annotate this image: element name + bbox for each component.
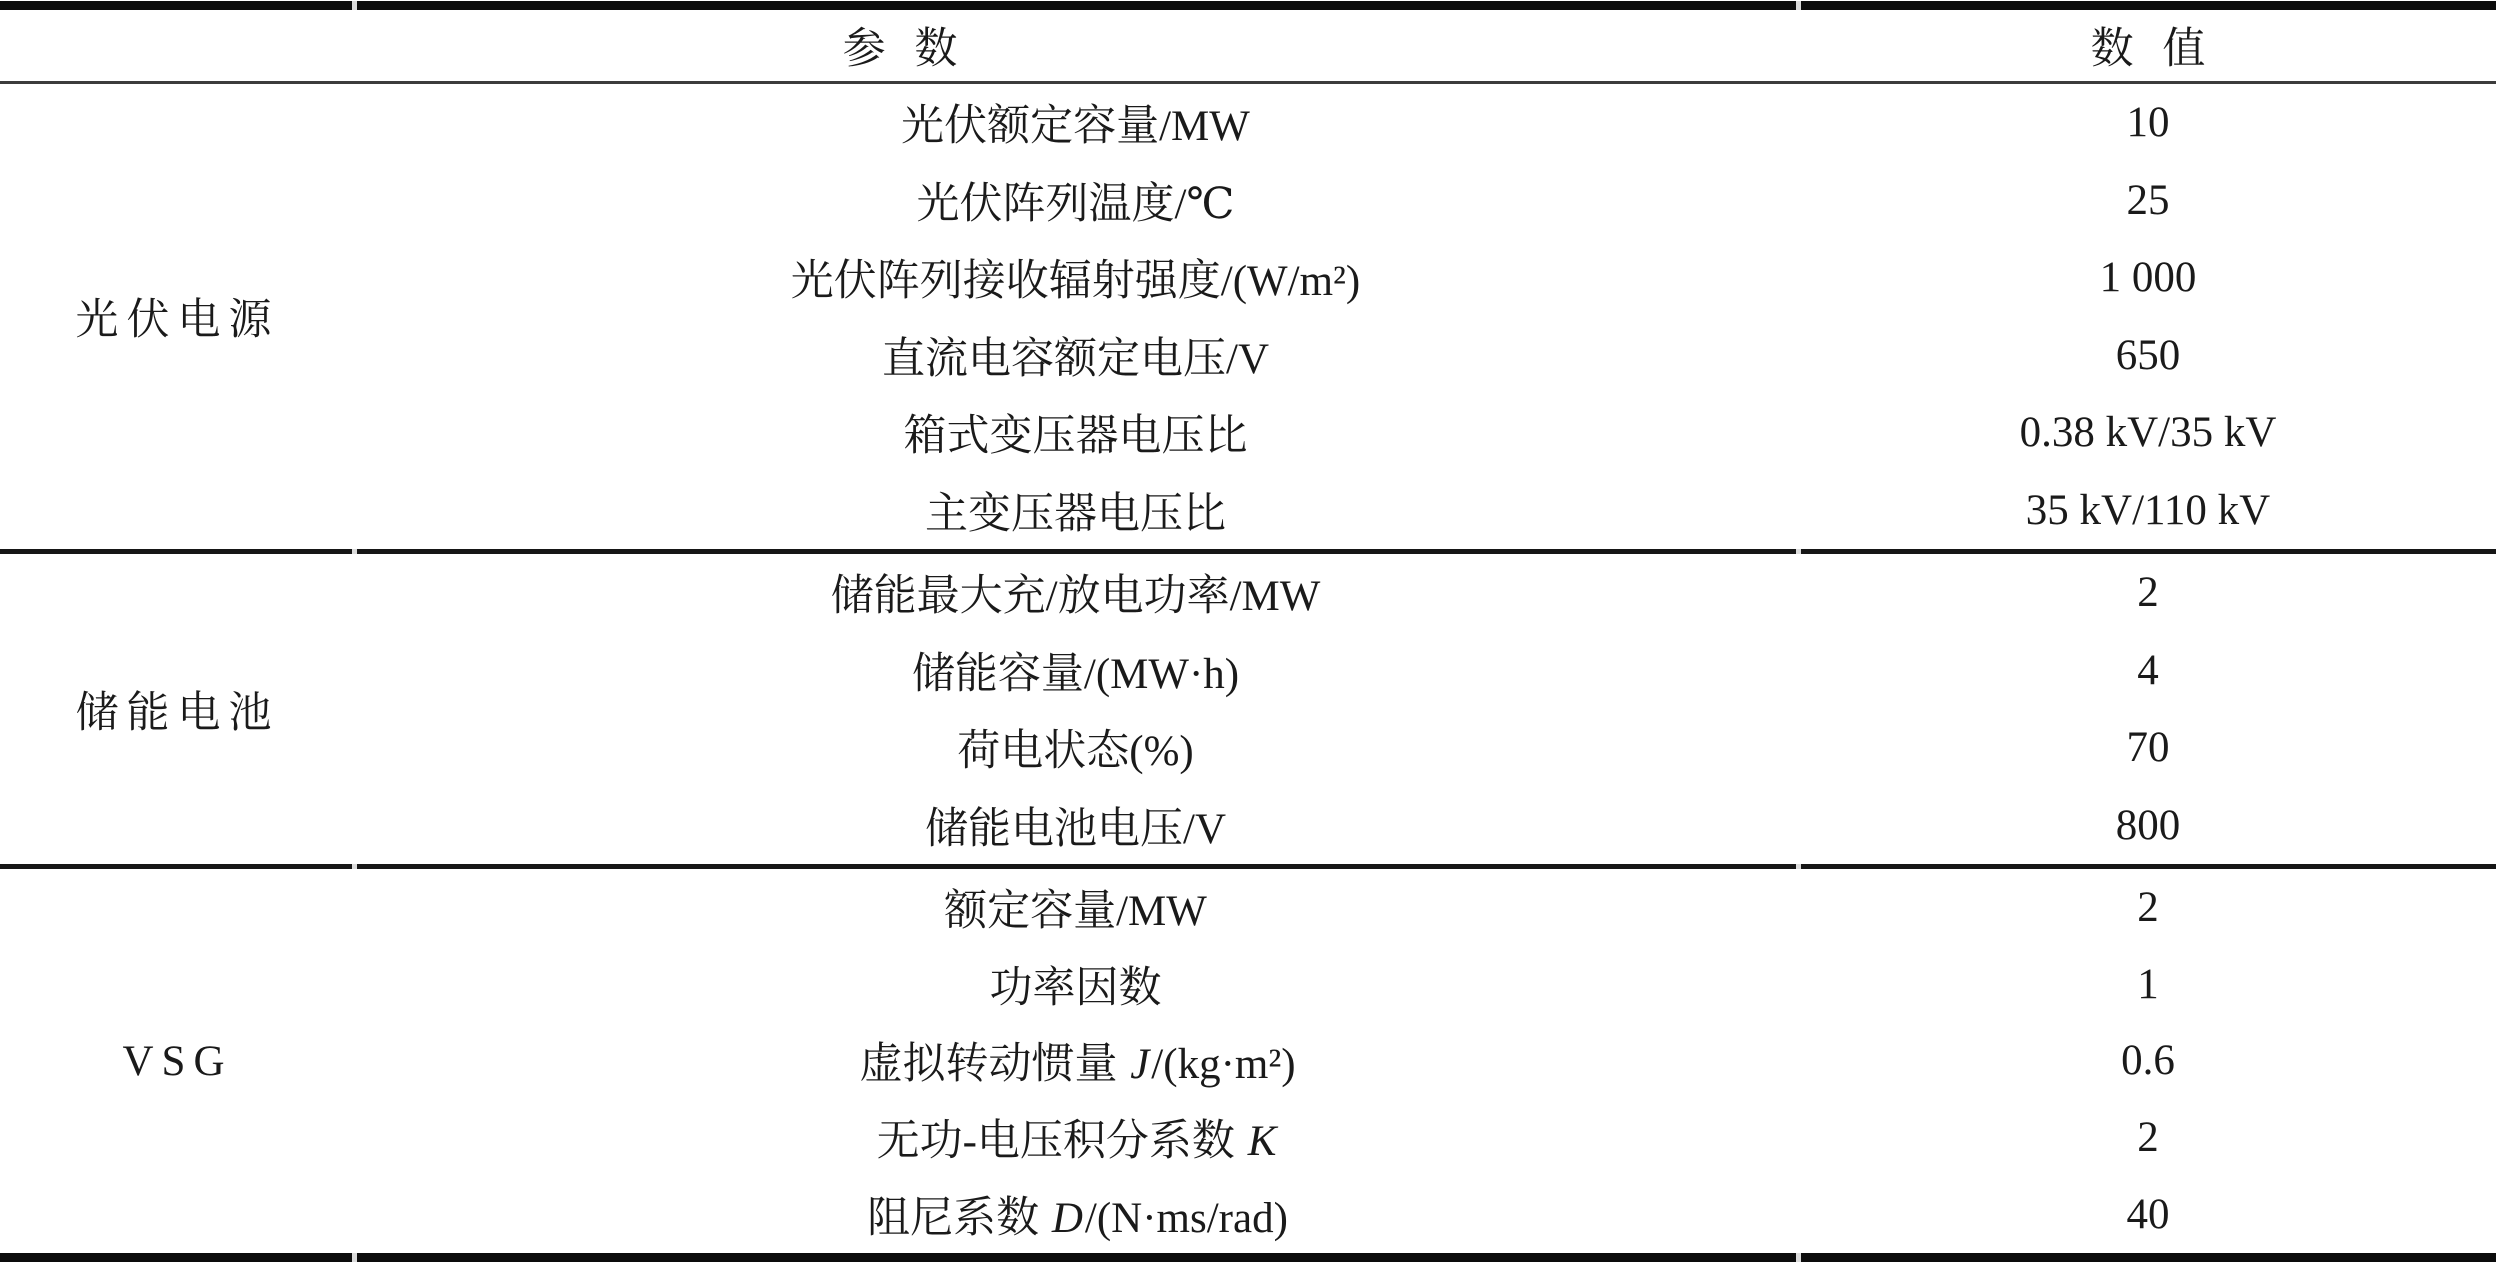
table-row: 功率因数 1: [355, 954, 2496, 1015]
group-section: 储能电池 储能最大充/放电功率/MW 2 储能容量/(MW·h) 4 荷电状态(…: [0, 554, 2496, 864]
table-row: 额定容量/MW 2: [355, 877, 2496, 938]
parameter-text: 光伏阵列温度/℃: [916, 181, 1234, 228]
table-row: 荷电状态(%) 70: [355, 717, 2496, 778]
parameter-cell: 额定容量/MW: [355, 877, 1800, 938]
group-section: VSG 额定容量/MW 2 功率因数 1 虚拟转动惯量 J/(kg·m²) 0.…: [0, 869, 2496, 1253]
parameter-text: 虚拟转动惯量: [859, 1041, 1128, 1088]
parameters-table-page: 参 数 数 值 光伏电源 光伏额定容量/MW 10 光伏阵列温度/℃ 25 光伏…: [0, 0, 2496, 1265]
parameter-text: 主变压器电压比: [925, 491, 1226, 538]
rule-seam: [352, 549, 357, 554]
parameter-variable: J: [1128, 1041, 1151, 1088]
value-cell: 70: [1800, 723, 2496, 772]
parameter-text: 储能容量/(MW·h): [912, 651, 1239, 698]
parameter-cell: 光伏阵列接收辐射强度/(W/m²): [355, 247, 1800, 308]
table-row: 储能容量/(MW·h) 4: [355, 640, 2496, 701]
value-cell: 1 000: [1800, 253, 2496, 302]
value-cell: 1: [1800, 960, 2496, 1009]
table-row: 光伏阵列温度/℃ 25: [355, 170, 2496, 231]
value-cell: 35 kV/110 kV: [1800, 486, 2496, 535]
table-row: 虚拟转动惯量 J/(kg·m²) 0.6: [355, 1030, 2496, 1091]
parameter-cell: 阻尼系数 D/(N·ms/rad): [355, 1184, 1800, 1245]
parameter-variable: [1360, 258, 1364, 305]
parameter-cell: 储能容量/(MW·h): [355, 640, 1800, 701]
group-separator-rule: [0, 864, 2496, 869]
parameter-unit: /(N·ms/rad): [1085, 1195, 1288, 1242]
value-cell: 0.38 kV/35 kV: [1800, 408, 2496, 457]
group-separator-rule: [0, 549, 2496, 554]
parameter-cell: 储能最大充/放电功率/MW: [355, 562, 1800, 623]
value-cell: 0.6: [1800, 1036, 2496, 1085]
value-cell: 2: [1800, 883, 2496, 932]
table-row: 光伏阵列接收辐射强度/(W/m²) 1 000: [355, 247, 2496, 308]
parameter-text: 储能最大充/放电功率/MW: [831, 573, 1321, 620]
value-cell: 650: [1800, 331, 2496, 380]
table-body: 光伏电源 光伏额定容量/MW 10 光伏阵列温度/℃ 25 光伏阵列接收辐射强度…: [0, 0, 2496, 1265]
parameter-cell: 光伏额定容量/MW: [355, 92, 1800, 153]
value-cell: 25: [1800, 176, 2496, 225]
parameter-cell: 光伏阵列温度/℃: [355, 170, 1800, 231]
parameter-variable: [1207, 888, 1211, 935]
group-section: 光伏电源 光伏额定容量/MW 10 光伏阵列温度/℃ 25 光伏阵列接收辐射强度…: [0, 84, 2496, 549]
value-cell: 4: [1800, 646, 2496, 695]
parameter-variable: [1235, 181, 1239, 228]
parameter-variable: [1248, 413, 1252, 460]
group-rows: 额定容量/MW 2 功率因数 1 虚拟转动惯量 J/(kg·m²) 0.6 无功…: [355, 869, 2496, 1253]
value-cell: 2: [1800, 1113, 2496, 1162]
value-cell: 2: [1800, 568, 2496, 617]
table-row: 光伏额定容量/MW 10: [355, 92, 2496, 153]
parameter-cell: 主变压器电压比: [355, 480, 1800, 541]
parameter-cell: 直流电容额定电压/V: [355, 325, 1800, 386]
table-bottom-rule: [0, 1253, 2496, 1262]
parameter-text: 直流电容额定电压/V: [882, 336, 1269, 383]
parameter-variable: [1226, 806, 1230, 853]
group-rows: 储能最大充/放电功率/MW 2 储能容量/(MW·h) 4 荷电状态(%) 70…: [355, 554, 2496, 864]
parameter-text: 荷电状态(%): [957, 728, 1193, 775]
parameter-cell: 无功-电压积分系数 K: [355, 1107, 1800, 1168]
parameter-text: 光伏阵列接收辐射强度/(W/m²): [791, 258, 1360, 305]
parameter-text: 储能电池电压/V: [925, 806, 1226, 853]
parameter-cell: 储能电池电压/V: [355, 795, 1800, 856]
table-row: 储能电池电压/V 800: [355, 795, 2496, 856]
value-cell: 800: [1800, 801, 2496, 850]
parameter-variable: [1320, 573, 1324, 620]
parameter-variable: K: [1246, 1118, 1279, 1165]
table-row: 阻尼系数 D/(N·ms/rad) 40: [355, 1184, 2496, 1245]
parameter-cell: 功率因数: [355, 954, 1800, 1015]
parameter-unit: /(kg·m²): [1151, 1041, 1295, 1088]
group-label: 光伏电源: [0, 84, 355, 549]
rule-seam: [1796, 864, 1801, 869]
parameter-variable: [1162, 965, 1166, 1012]
table-row: 箱式变压器电压比 0.38 kV/35 kV: [355, 402, 2496, 463]
parameter-variable: [1226, 491, 1230, 538]
parameter-text: 无功-电压积分系数: [877, 1118, 1246, 1165]
table-row: 直流电容额定电压/V 650: [355, 325, 2496, 386]
parameter-text: 箱式变压器电压比: [904, 413, 1248, 460]
parameter-cell: 虚拟转动惯量 J/(kg·m²): [355, 1030, 1800, 1091]
parameter-text: 阻尼系数: [867, 1195, 1050, 1242]
table-row: 主变压器电压比 35 kV/110 kV: [355, 480, 2496, 541]
parameter-text: 光伏额定容量/MW: [901, 103, 1250, 150]
parameter-text: 功率因数: [990, 965, 1162, 1012]
group-label: 储能电池: [0, 554, 355, 864]
parameter-cell: 箱式变压器电压比: [355, 402, 1800, 463]
rule-seam: [352, 1253, 357, 1262]
rule-seam: [1796, 1253, 1801, 1262]
parameter-variable: [1250, 103, 1254, 150]
parameter-text: 额定容量/MW: [944, 888, 1207, 935]
parameter-variable: [1269, 336, 1273, 383]
parameter-variable: [1239, 651, 1243, 698]
table-row: 储能最大充/放电功率/MW 2: [355, 562, 2496, 623]
group-rows: 光伏额定容量/MW 10 光伏阵列温度/℃ 25 光伏阵列接收辐射强度/(W/m…: [355, 84, 2496, 549]
parameter-cell: 荷电状态(%): [355, 717, 1800, 778]
parameter-variable: [1194, 728, 1198, 775]
rule-seam: [1796, 549, 1801, 554]
parameter-variable: D: [1050, 1195, 1085, 1242]
table-row: 无功-电压积分系数 K 2: [355, 1107, 2496, 1168]
value-cell: 10: [1800, 98, 2496, 147]
group-label: VSG: [0, 869, 355, 1253]
rule-seam: [352, 864, 357, 869]
value-cell: 40: [1800, 1190, 2496, 1239]
